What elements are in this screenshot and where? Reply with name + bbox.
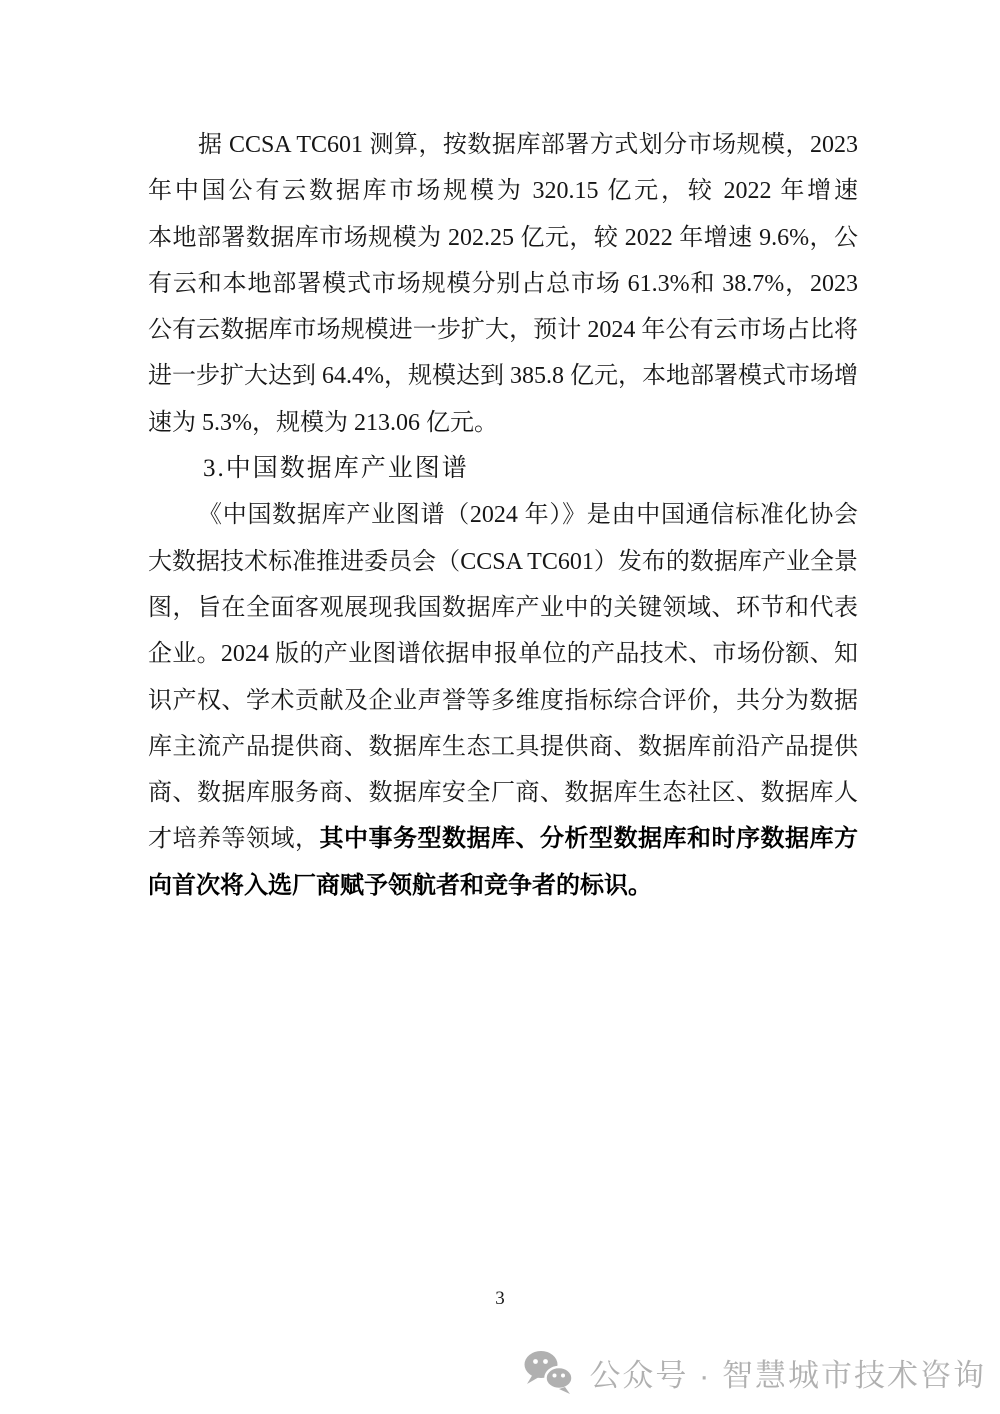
text-line: 本地部署数据库市场规模为 202.25 亿元，较 2022 年增速 9.6%，公 [148,215,858,261]
watermark: 公众号 · 智慧城市技术咨询 [523,1344,986,1400]
text-segment: 大数据技术标准推进委员会（CCSA TC601）发布的数据库产业全景 [148,549,858,575]
text-segment: 据 CCSA TC601 测算，按数据库部署方式划分市场规模，2023 [198,132,858,158]
text-line: 库主流产品提供商、数据库生态工具提供商、数据库前沿产品提供 [148,724,858,770]
text-line: 速为 5.3%，规模为 213.06 亿元。 [148,400,858,446]
text-line: 识产权、学术贡献及企业声誉等多维度指标综合评价，共分为数据 [148,678,858,724]
paragraph-market-size: 据 CCSA TC601 测算，按数据库部署方式划分市场规模，2023年中国公有… [148,122,858,446]
text-line: 大数据技术标准推进委员会（CCSA TC601）发布的数据库产业全景 [148,539,858,585]
text-line: 商、数据库服务商、数据库安全厂商、数据库生态社区、数据库人 [148,770,858,816]
text-line: 据 CCSA TC601 测算，按数据库部署方式划分市场规模，2023 [148,122,858,168]
text-line: 企业。2024 版的产业图谱依据申报单位的产品技术、市场份额、知 [148,631,858,677]
text-segment: 有云和本地部署模式市场规模分别占总市场 61.3%和 38.7%，2023 年 [148,271,858,307]
text-line: 有云和本地部署模式市场规模分别占总市场 61.3%和 38.7%，2023 年 [148,261,858,307]
wechat-icon [523,1350,575,1394]
text-segment: 识产权、学术贡献及企业声誉等多维度指标综合评价，共分为数据 [148,688,858,714]
text-segment: 速为 5.3%，规模为 213.06 亿元。 [148,410,498,436]
paragraph-industry-map: 《中国数据库产业图谱（2024 年）》是由中国通信标准化协会大数据技术标准推进委… [148,492,858,909]
bold-text-segment: 其中事务型数据库、分析型数据库和时序数据库方 [320,825,859,852]
text-segment: 商、数据库服务商、数据库安全厂商、数据库生态社区、数据库人 [148,780,858,806]
text-segment: 进一步扩大达到 64.4%，规模达到 385.8 亿元，本地部署模式市场增 [148,363,858,389]
page-number: 3 [0,1288,1000,1310]
text-line: 向首次将入选厂商赋予领航者和竞争者的标识。 [148,863,858,909]
text-segment: 本地部署数据库市场规模为 202.25 亿元，较 2022 年增速 9.6%，公 [148,225,858,251]
text-segment: 图，旨在全面客观展现我国数据库产业中的关键领域、环节和代表 [148,595,858,621]
text-line: 图，旨在全面客观展现我国数据库产业中的关键领域、环节和代表 [148,585,858,631]
text-segment: 企业。2024 版的产业图谱依据申报单位的产品技术、市场份额、知 [148,641,858,667]
watermark-text: 公众号 · 智慧城市技术咨询 [589,1350,986,1395]
text-segment: 《中国数据库产业图谱（2024 年）》是由中国通信标准化协会 [198,502,858,528]
text-line: 《中国数据库产业图谱（2024 年）》是由中国通信标准化协会 [148,492,858,538]
content-area: 据 CCSA TC601 测算，按数据库部署方式划分市场规模，2023年中国公有… [148,122,858,909]
bold-text-segment: 向首次将入选厂商赋予领航者和竞争者的标识。 [148,872,652,899]
text-segment: 公有云数据库市场规模进一步扩大，预计 2024 年公有云市场占比将 [148,317,858,343]
text-segment: 库主流产品提供商、数据库生态工具提供商、数据库前沿产品提供 [148,734,858,760]
text-line: 进一步扩大达到 64.4%，规模达到 385.8 亿元，本地部署模式市场增 [148,353,858,399]
text-line: 才培养等领域，其中事务型数据库、分析型数据库和时序数据库方 [148,816,858,862]
text-line: 年中国公有云数据库市场规模为 320.15 亿元，较 2022 年增速 46.1… [148,168,858,214]
text-segment: 才培养等领域， [148,826,320,852]
document-page: 据 CCSA TC601 测算，按数据库部署方式划分市场规模，2023年中国公有… [0,0,1000,1414]
text-line: 公有云数据库市场规模进一步扩大，预计 2024 年公有云市场占比将 [148,307,858,353]
text-segment: 年中国公有云数据库市场规模为 320.15 亿元，较 2022 年增速 46.1… [148,178,858,214]
section-heading: 3.中国数据库产业图谱 [148,446,858,492]
